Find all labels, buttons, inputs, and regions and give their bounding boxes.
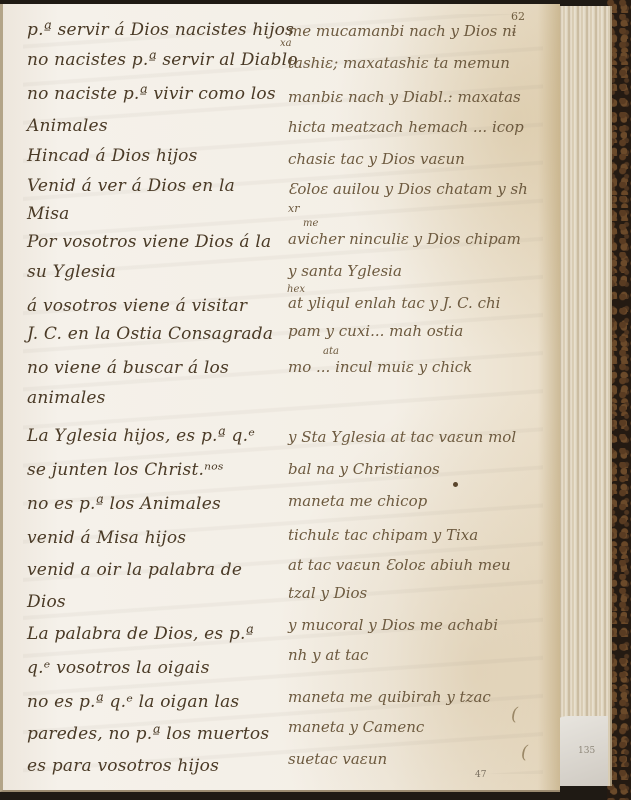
right-line: avicher ninculiɛ y Dios chipam — [288, 230, 521, 248]
left-line: Animales — [27, 116, 108, 136]
right-line: chasiɛ tac y Dios vaɛun — [288, 150, 465, 168]
left-line: Por vosotros viene Dios á la — [27, 232, 271, 252]
right-line: y santa Yglesia — [288, 262, 402, 280]
bottom-page-number: 47 — [475, 770, 486, 780]
right-line: hicta meatzach hemach ... icop — [288, 118, 524, 136]
left-line: no es p.ª q.ᵉ la oigan las — [27, 692, 239, 712]
left-line: q.ᵉ vosotros la oigais — [27, 658, 210, 678]
left-line: Misa — [27, 204, 70, 224]
right-line: at yliqul enlah tac y J. C. chi — [288, 294, 500, 312]
left-line: es para vosotros hijos — [27, 756, 219, 776]
margin-flourish: ( — [511, 704, 518, 725]
left-line: venid a oir la palabra de — [27, 560, 242, 580]
manuscript-scan: 135 62 p.ª servir á Dios nacistes hijos … — [0, 0, 631, 800]
right-line: nh y at tac — [288, 646, 368, 664]
right-line: at tac vaɛun Ɛoloɛ abiuh meu — [288, 556, 511, 574]
right-line: y Sta Yglesia at tac vaɛun mol — [288, 428, 516, 446]
right-line: pam y cuxi... mah ostia — [288, 322, 463, 340]
left-line: no viene á buscar á los — [27, 358, 229, 378]
right-line: maneta y Camenc — [288, 718, 424, 736]
left-line: no naciste p.ª vivir como los — [27, 84, 276, 104]
left-line: La palabra de Dios, es p.ª — [27, 624, 254, 644]
margin-flourish: ( — [521, 742, 528, 763]
left-line: Dios — [27, 592, 66, 612]
left-line: no nacistes p.ª servir al Diablo — [27, 50, 298, 70]
left-line: Hincad á Dios hijos — [27, 146, 198, 166]
left-line: paredes, no p.ª los muertos — [27, 724, 269, 744]
right-line: maneta me chicop — [288, 492, 427, 510]
right-line: Ɛoloɛ auilou y Dios chatam y sh — [288, 180, 528, 198]
fold-number: 135 — [578, 746, 595, 756]
right-line: xr — [288, 202, 299, 215]
right-line: suetac vaɛun — [288, 750, 387, 768]
interlinear-note: xa — [280, 38, 292, 49]
manuscript-page: 62 p.ª servir á Dios nacistes hijos no n… — [0, 4, 560, 792]
left-line: su Yglesia — [27, 262, 116, 282]
right-line: mo ... incul muiɛ y chick — [288, 358, 472, 376]
right-line: maneta me quibirah y tzac — [288, 688, 491, 706]
left-line: Venid á ver á Dios en la — [27, 176, 235, 196]
left-line: La Yglesia hijos, es p.ª q.ᵉ — [27, 426, 255, 446]
left-line: venid á Misa hijos — [27, 528, 186, 548]
interlinear-note: hex — [287, 284, 305, 295]
right-line: manbiɛ nach y Diabl.: maxatas — [288, 88, 521, 106]
left-line: p.ª servir á Dios nacistes hijos — [27, 20, 294, 40]
left-line: no es p.ª los Animales — [27, 494, 221, 514]
left-line: se junten los Christ.ⁿᵒˢ — [27, 460, 224, 480]
left-line: animales — [27, 388, 106, 408]
right-line: tashiɛ; maxatashiɛ ta memun — [288, 54, 510, 72]
interlinear-note: me — [303, 218, 318, 229]
right-line: tzal y Dios — [288, 584, 367, 602]
right-line: me mucamanbi nach y Dios nɨ — [288, 22, 517, 40]
right-line: bal na y Christianos — [288, 460, 440, 478]
right-line: y mucoral y Dios me achabi — [288, 616, 498, 634]
right-line: tichulɛ tac chipam y Tixa — [288, 526, 478, 544]
left-line: J. C. en la Ostia Consagrada — [27, 324, 273, 344]
ink-spot — [453, 482, 458, 487]
left-line: á vosotros viene á visitar — [27, 296, 247, 316]
interlinear-note: ata — [323, 346, 339, 357]
